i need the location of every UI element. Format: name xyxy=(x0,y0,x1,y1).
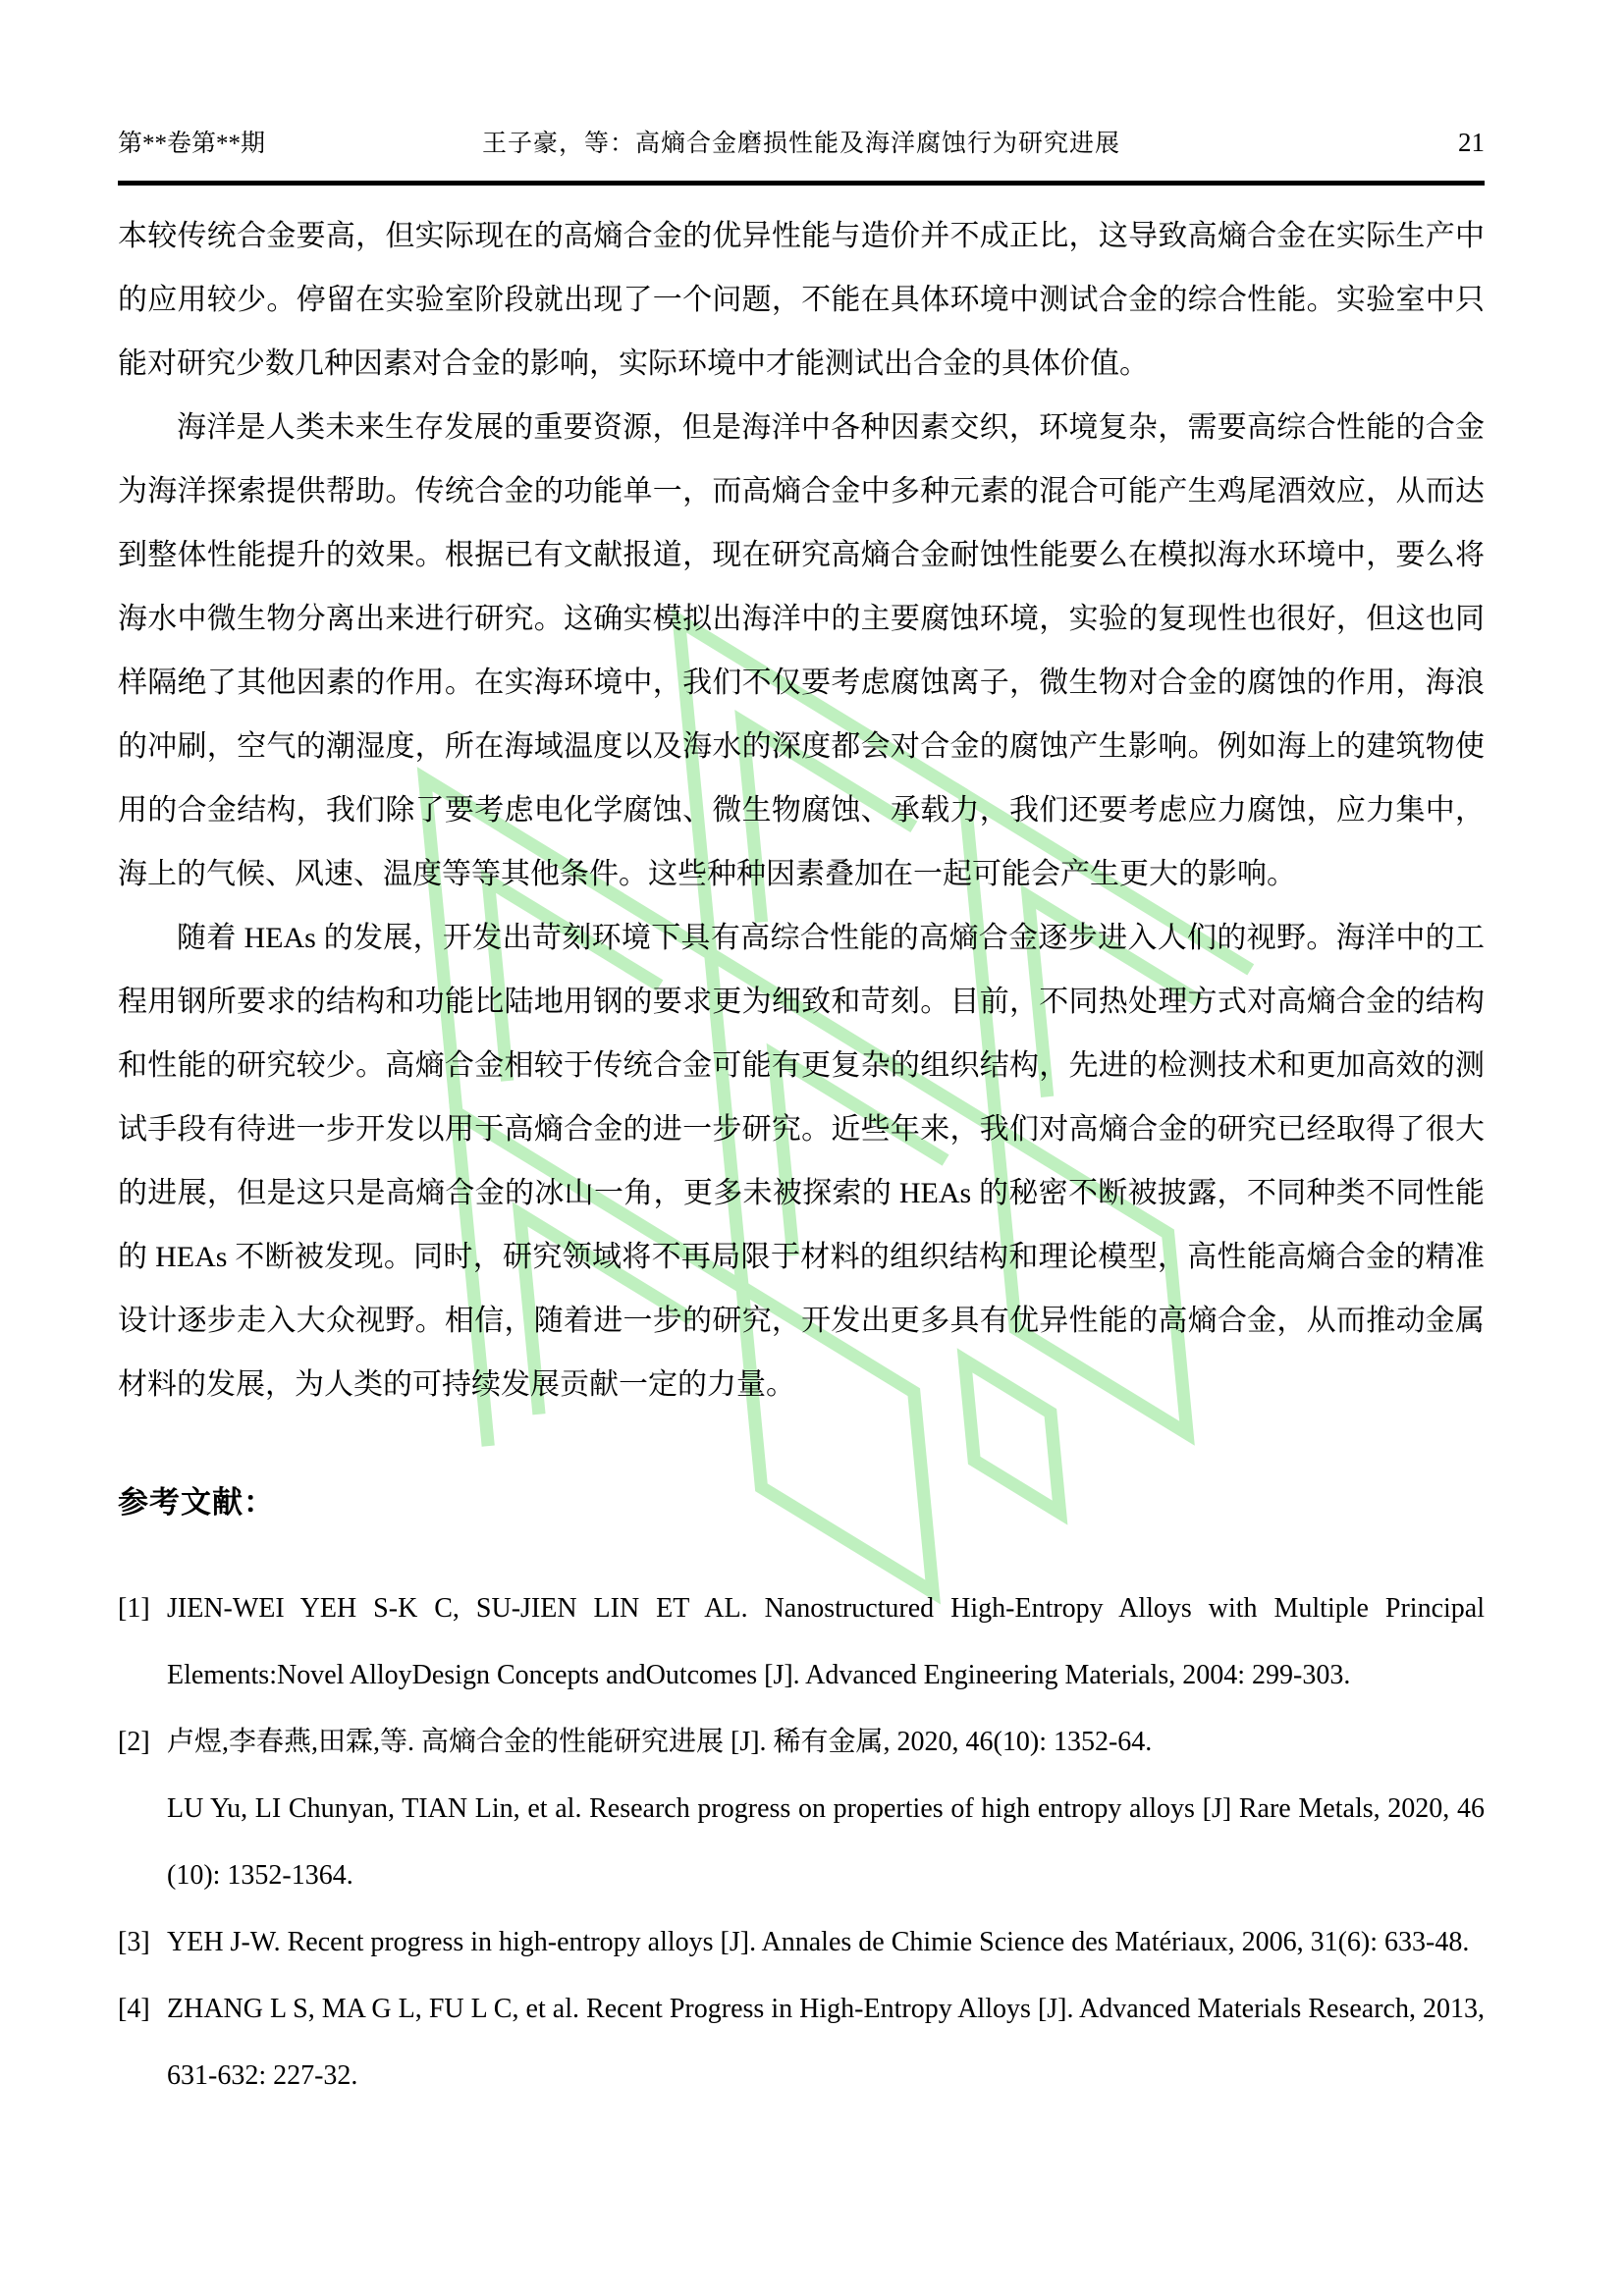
references-list: [1] JIEN-WEI YEH S-K C, SU-JIEN LIN ET A… xyxy=(118,1534,1485,2109)
reference-number: [4] xyxy=(118,1976,150,2043)
body-paragraph: 海洋是人类未来生存发展的重要资源，但是海洋中各种因素交织，环境复杂，需要高综合性… xyxy=(118,396,1485,906)
body-paragraph: 本较传统合金要高，但实际现在的高熵合金的优异性能与造价并不成正比，这导致高熵合金… xyxy=(118,204,1485,396)
reference-text: 卢煜,李春燕,田霖,等. 高熵合金的性能研究进展 [J]. 稀有金属, 2020… xyxy=(167,1709,1485,1776)
reference-text: LU Yu, LI Chunyan, TIAN Lin, et al. Rese… xyxy=(167,1776,1485,1909)
page-header: 第**卷第**期 王子豪，等：高熵合金磨损性能及海洋腐蚀行为研究进展 21 xyxy=(118,126,1485,161)
page-number: 21 xyxy=(1170,126,1485,159)
running-title: 王子豪，等：高熵合金磨损性能及海洋腐蚀行为研究进展 xyxy=(432,128,1170,161)
reference-number: [3] xyxy=(118,1909,150,1976)
reference-number: [2] xyxy=(118,1709,150,1776)
reference-text: YEH J-W. Recent progress in high-entropy… xyxy=(167,1909,1485,1976)
article-body: 本较传统合金要高，但实际现在的高熵合金的优异性能与造价并不成正比，这导致高熵合金… xyxy=(118,204,1485,2109)
reference-item: [3] YEH J-W. Recent progress in high-ent… xyxy=(118,1909,1485,1976)
reference-item: [2] 卢煜,李春燕,田霖,等. 高熵合金的性能研究进展 [J]. 稀有金属, … xyxy=(118,1709,1485,1909)
document-page: 第**卷第**期 王子豪，等：高熵合金磨损性能及海洋腐蚀行为研究进展 21 本较… xyxy=(0,0,1624,2296)
reference-item: [4] ZHANG L S, MA G L, FU L C, et al. Re… xyxy=(118,1976,1485,2109)
volume-issue-label: 第**卷第**期 xyxy=(118,128,432,161)
header-rule xyxy=(118,181,1485,186)
reference-text: JIEN-WEI YEH S-K C, SU-JIEN LIN ET AL. N… xyxy=(167,1575,1485,1709)
references-heading: 参考文献： xyxy=(118,1416,1485,1534)
reference-item: [1] JIEN-WEI YEH S-K C, SU-JIEN LIN ET A… xyxy=(118,1575,1485,1709)
reference-number: [1] xyxy=(118,1575,150,1642)
reference-text: ZHANG L S, MA G L, FU L C, et al. Recent… xyxy=(167,1976,1485,2109)
body-paragraph: 随着 HEAs 的发展，开发出苛刻环境下具有高综合性能的高熵合金逐步进入人们的视… xyxy=(118,906,1485,1416)
